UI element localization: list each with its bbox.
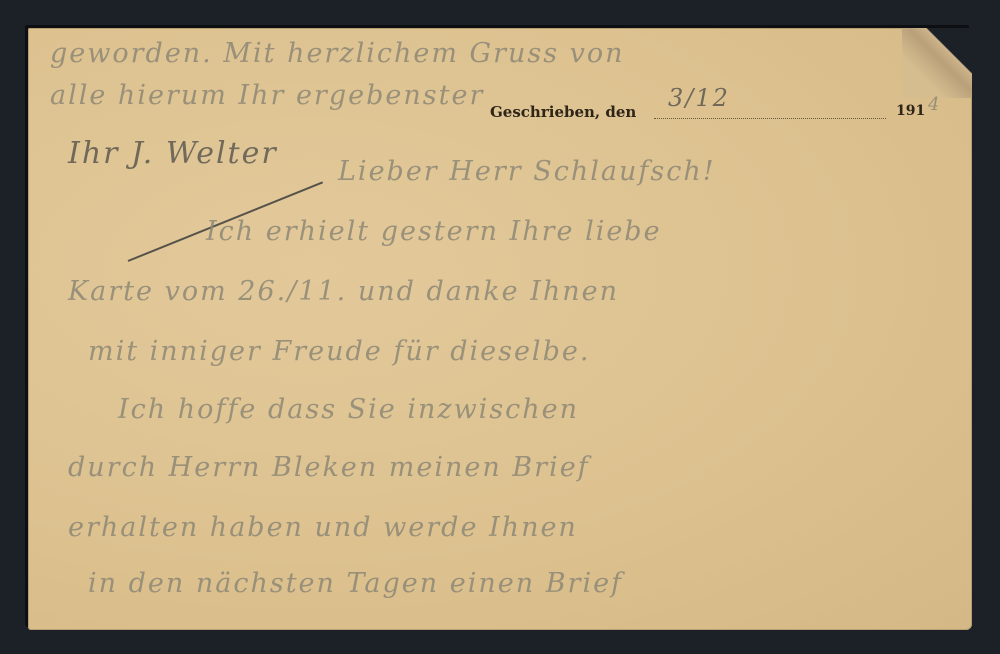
- printed-written-label: Geschrieben, den: [490, 103, 636, 121]
- handwritten-line-1: geworden. Mit herzlichem Gruss von: [50, 38, 625, 69]
- body-line-7: in den nächsten Tagen einen Brief: [88, 568, 623, 599]
- body-line-2: Karte vom 26./11. und danke Ihnen: [68, 276, 619, 307]
- body-line-4: Ich hoffe dass Sie inzwischen: [118, 394, 579, 425]
- salutation: Lieber Herr Schlaufsch!: [338, 156, 716, 187]
- folded-corner: [902, 28, 972, 98]
- handwritten-date: 3/12: [668, 84, 730, 112]
- signature: Ihr J. Welter: [68, 136, 278, 171]
- body-line-5: durch Herrn Bleken meinen Brief: [68, 452, 590, 483]
- printed-year-prefix: 191: [896, 103, 925, 119]
- handwritten-line-2: alle hierum Ihr ergebenster: [50, 80, 484, 111]
- body-line-1: Ich erhielt gestern Ihre liebe: [206, 216, 662, 247]
- body-line-6: erhalten haben und werde Ihnen: [68, 512, 578, 543]
- postcard: geworden. Mit herzlichem Gruss von alle …: [28, 28, 972, 630]
- body-line-3: mit inniger Freude für dieselbe.: [88, 336, 590, 367]
- handwritten-year-suffix: 4: [928, 94, 941, 115]
- date-dotted-line: [654, 118, 886, 119]
